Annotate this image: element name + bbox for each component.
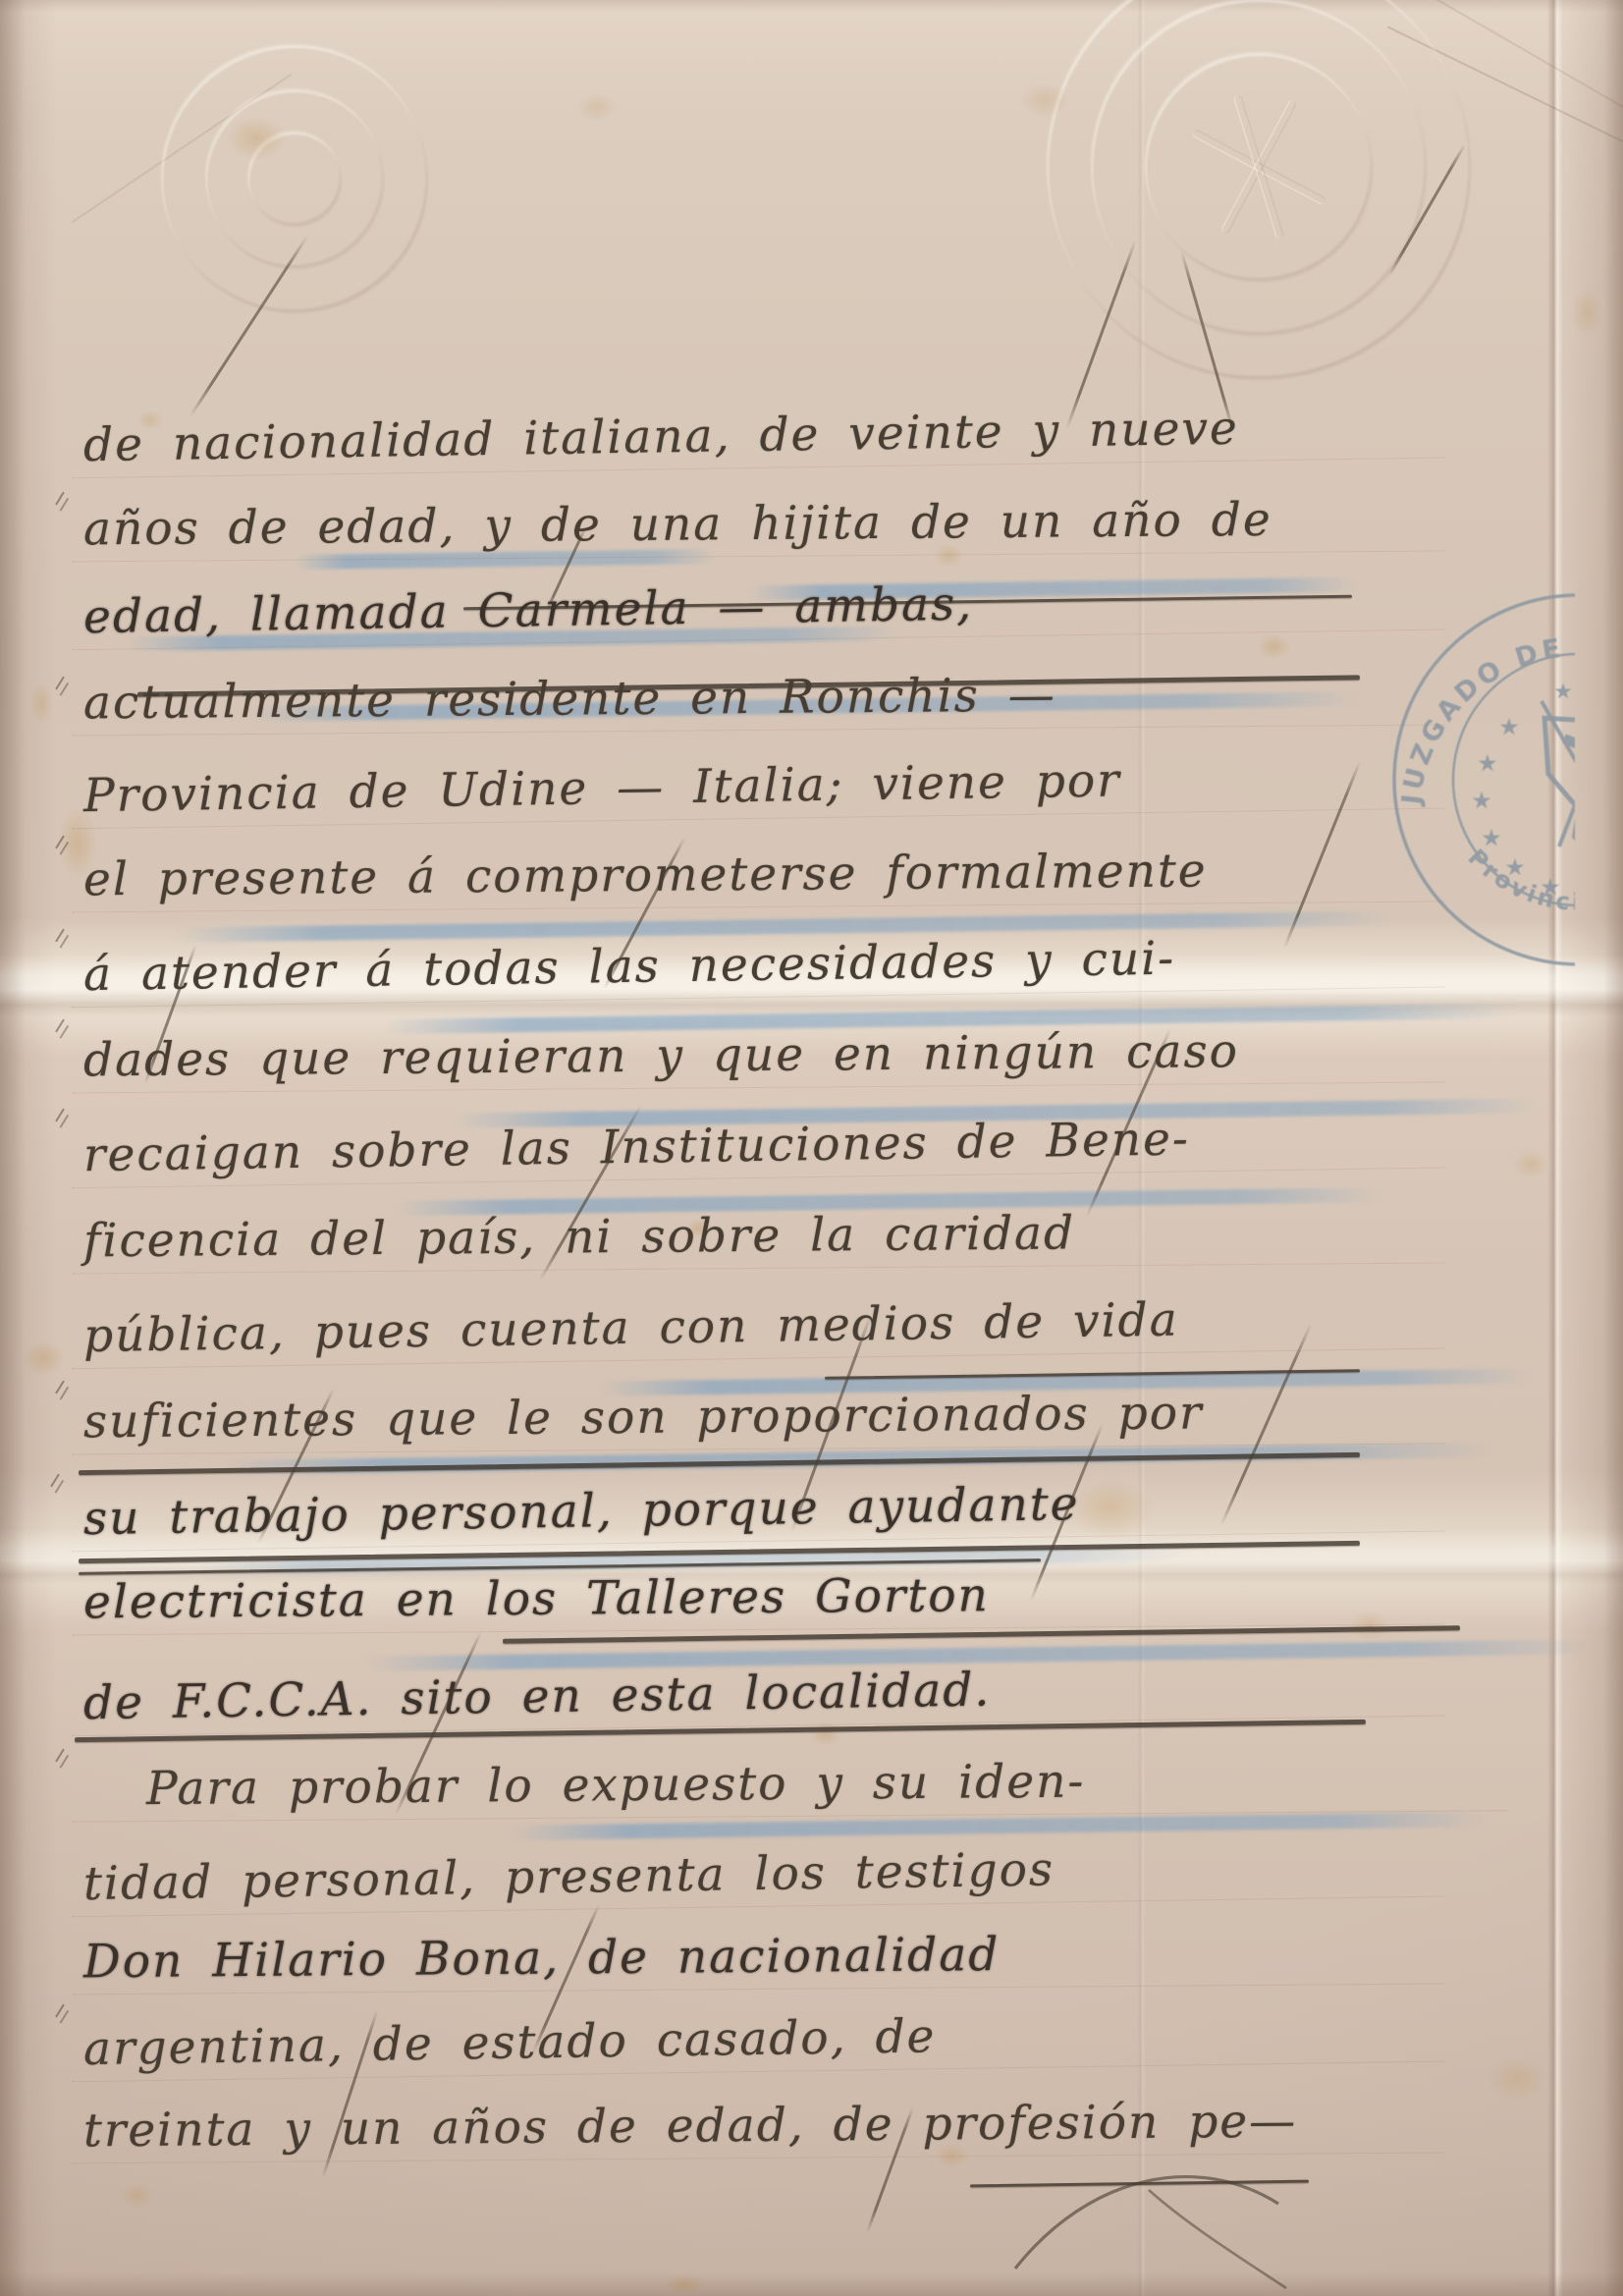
- svg-text:★: ★: [1542, 875, 1559, 899]
- margin-mark: [55, 492, 65, 506]
- manuscript-line-17: tidad personal, presenta los testigos: [82, 1827, 1419, 1923]
- flourish-stroke: [1001, 2131, 1316, 2296]
- margin-mark: [55, 1749, 65, 1763]
- vertical-fold-crease: [1547, 0, 1563, 2296]
- manuscript-line-16: Para probar lo expuesto y su iden-: [83, 1740, 1483, 1828]
- margin-mark: [55, 929, 65, 943]
- margin-mark: [55, 1381, 65, 1394]
- manuscript-line-9: recaigan sobre las Instituciones de Bene…: [82, 1098, 1419, 1194]
- manuscript-line-6: el presente á comprometerse formalmente: [83, 832, 1420, 919]
- svg-text:★: ★: [1473, 789, 1490, 812]
- stain: [24, 1340, 65, 1376]
- stain: [226, 116, 287, 161]
- manuscript-line-19: argentina, de estado casado, de: [82, 1992, 1419, 2088]
- manuscript-line-18: Don Hilario Bona, de nacionalidad: [83, 1914, 1420, 2001]
- svg-text:★: ★: [1555, 682, 1571, 702]
- margin-mark: [55, 2004, 65, 2018]
- manuscript-line-2: años de edad, y de una hijita de un año …: [83, 481, 1420, 569]
- stain: [120, 2182, 154, 2209]
- manuscript-line-15: de F.C.C.A. sito en esta localidad.: [82, 1646, 1419, 1742]
- stain: [1019, 82, 1070, 118]
- stain: [1512, 1149, 1549, 1178]
- margin-mark: [55, 1109, 65, 1122]
- stain: [1487, 2056, 1547, 2102]
- manuscript-line-3: edad, llamada Carmela — ambas,: [82, 560, 1419, 656]
- manuscript-line-10: ficencia del país, ni sobre la caridad: [83, 1193, 1420, 1281]
- stain: [664, 2274, 705, 2294]
- svg-text:★: ★: [1483, 826, 1500, 849]
- manuscript-line-11: pública, pues cuenta con medios de vida: [82, 1279, 1419, 1375]
- margin-mark: [50, 1474, 60, 1488]
- svg-text:★: ★: [1500, 715, 1518, 738]
- manuscript-line-14: electricista en los Talleres Gorton: [83, 1555, 1420, 1642]
- page-edge-shadow: [0, 2272, 1623, 2296]
- stain: [1571, 287, 1602, 338]
- manuscript-line-8: dades que requieran y que en ningún caso: [83, 1012, 1420, 1100]
- manuscript-line-12: suficientes que le son proporcionados po…: [83, 1374, 1420, 1461]
- manuscript-line-5: Provincia de Udine — Italia; viene por: [82, 738, 1419, 835]
- page-edge-shadow: [0, 0, 26, 2296]
- embossed-consular-seal-icon: [1048, 0, 1470, 378]
- page-edge-shadow: [1603, 0, 1623, 2296]
- stain: [29, 683, 54, 724]
- margin-mark: [55, 1019, 65, 1033]
- svg-text:★: ★: [1479, 751, 1496, 775]
- manuscript-page: JUZGADO DE PAZ DISTRITO Provincia ★ ★ ★ …: [0, 0, 1623, 2296]
- manuscript-line-4: actualmente residente en Ronchis —: [83, 655, 1420, 742]
- stain: [577, 92, 617, 122]
- manuscript-line-1: de nacionalidad italiana, de veinte y nu…: [82, 388, 1419, 484]
- embossed-seal-icon: [162, 46, 427, 311]
- margin-mark: [55, 677, 65, 690]
- svg-text:★: ★: [1506, 855, 1524, 879]
